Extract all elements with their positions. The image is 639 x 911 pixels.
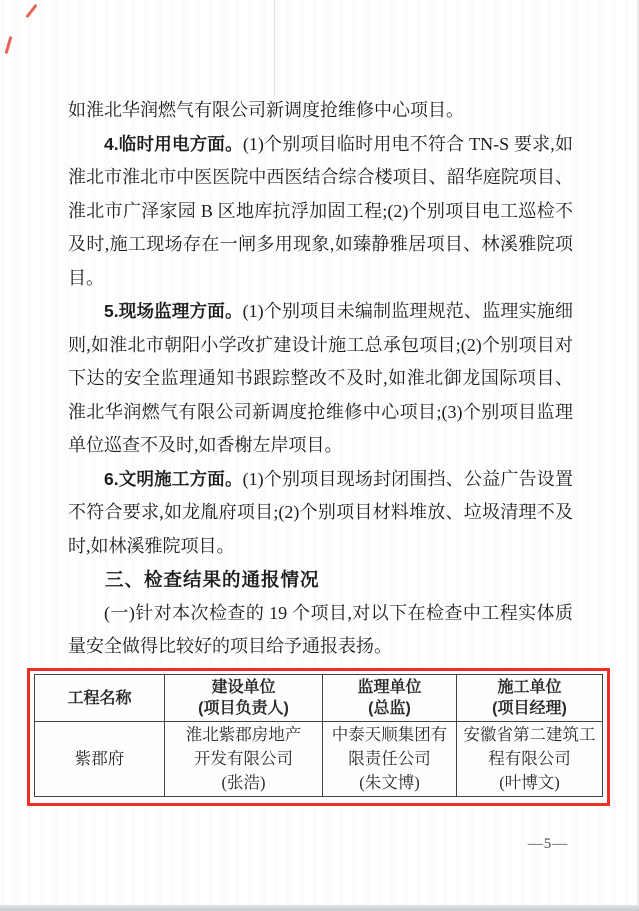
red-pen-mark (5, 36, 13, 54)
table-row: 紫郡府 淮北紫郡房地产 开发有限公司 (张浩) 中泰天顺集团有 限责任公司 (朱… (35, 722, 603, 797)
red-highlight-box: 工程名称 建设单位 (项目负责人) 监理单位 (总监) 施工单位 (项目经理) … (27, 668, 610, 806)
paragraph-intro: (一)针对本次检查的 19 个项目,对以下在检查中工程实体质量安全做得比较好的项… (68, 597, 573, 664)
cell-builder-unit: 安徽省第二建筑工 程有限公司 (叶博文) (457, 722, 603, 797)
paragraph-item-4: 4.临时用电方面。(1)个别项目临时用电不符合 TN-S 要求,如淮北市淮北市中… (68, 128, 573, 296)
section-heading: 三、检查结果的通报情况 (68, 563, 573, 597)
scan-bottom-edge (0, 905, 639, 911)
paragraph-item-5: 5.现场监理方面。(1)个别项目未编制监理规范、监理实施细则,如淮北市朝阳小学改… (68, 295, 573, 463)
commendation-table: 工程名称 建设单位 (项目负责人) 监理单位 (总监) 施工单位 (项目经理) … (34, 674, 603, 797)
paragraph-text-5: (1)个别项目未编制监理规范、监理实施细则,如淮北市朝阳小学改扩建设计施工总承包… (68, 301, 573, 455)
paragraph-continuation: 如淮北华润燃气有限公司新调度抢维修中心项目。 (68, 94, 573, 128)
paragraph-text-4: (1)个别项目临时用电不符合 TN-S 要求,如淮北市淮北市中医医院中西医结合综… (68, 134, 573, 288)
paragraph-lead-6: 6.文明施工方面。 (104, 469, 243, 489)
paragraph-lead-4: 4.临时用电方面。 (104, 134, 243, 154)
paragraph-item-6: 6.文明施工方面。(1)个别项目现场封闭围挡、公益广告设置不符合要求,如龙胤府项… (68, 463, 573, 564)
red-pen-mark (25, 4, 37, 18)
table-header-row: 工程名称 建设单位 (项目负责人) 监理单位 (总监) 施工单位 (项目经理) (35, 675, 603, 722)
scan-artifact-line (274, 0, 275, 96)
cell-project-name: 紫郡府 (35, 722, 165, 797)
cell-supervision-unit: 中泰天顺集团有 限责任公司 (朱文博) (323, 722, 457, 797)
header-supervision-unit: 监理单位 (总监) (323, 675, 457, 722)
cell-construction-unit: 淮北紫郡房地产 开发有限公司 (张浩) (165, 722, 323, 797)
document-body: 如淮北华润燃气有限公司新调度抢维修中心项目。 4.临时用电方面。(1)个别项目临… (68, 94, 573, 664)
header-builder-unit: 施工单位 (项目经理) (457, 675, 603, 722)
header-construction-unit: 建设单位 (项目负责人) (165, 675, 323, 722)
scanned-document-page: 如淮北华润燃气有限公司新调度抢维修中心项目。 4.临时用电方面。(1)个别项目临… (0, 0, 639, 911)
page-number: —5— (516, 836, 580, 853)
paragraph-lead-5: 5.现场监理方面。 (104, 301, 243, 321)
header-project-name: 工程名称 (35, 675, 165, 722)
